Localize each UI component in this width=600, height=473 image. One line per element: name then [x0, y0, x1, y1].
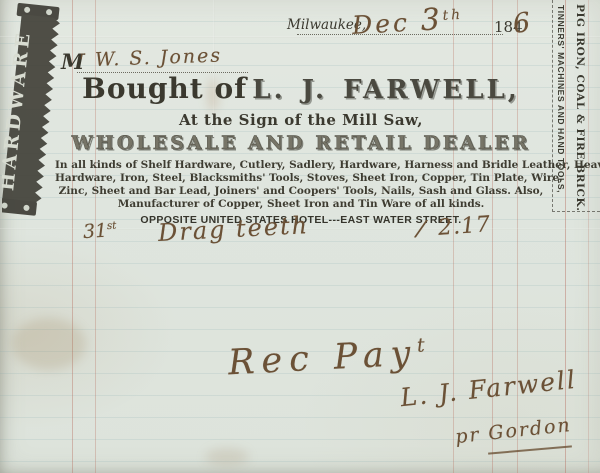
goods-line: Manufacturer of Copper, Sheet Iron and T…	[55, 198, 547, 211]
entry-day: 31st	[82, 219, 117, 243]
goods-line: In all kinds of Shelf Hardware, Cutlery,…	[55, 159, 547, 172]
side-column-line2: PIG IRON, COAL & FIRE BRICK.	[574, 4, 586, 211]
paper-crease	[0, 36, 600, 38]
goods-line: Zinc, Sheet and Bar Lead, Joiners' and C…	[55, 185, 547, 198]
dealer-line: WHOLESALE AND RETAIL DEALER	[55, 132, 547, 154]
signature-underline-flourish	[488, 445, 572, 454]
merchant-name: L. J. FARWELL,	[252, 75, 520, 105]
entry-amount: 2.17	[437, 212, 492, 241]
bought-of-label: Bought of	[82, 72, 247, 105]
handwritten-customer-name: r W. S. Jones	[80, 45, 223, 72]
billhead-document: HARDWARE TINNERS' MACHINES AND HAND TOOL…	[0, 0, 600, 473]
handwritten-year: 6	[511, 7, 531, 40]
per-signer-script: pr Gordon	[454, 414, 572, 448]
bought-of-line: Bought of L. J. FARWELL,	[55, 74, 547, 108]
masthead: Bought of L. J. FARWELL, At the Sign of …	[55, 74, 547, 226]
goods-paragraph: In all kinds of Shelf Hardware, Cutlery,…	[55, 159, 547, 211]
vertical-rule	[517, 0, 518, 473]
paper-stain	[12, 318, 86, 370]
paper-stain	[205, 448, 249, 466]
received-payment-script: Rec Payt	[227, 333, 433, 384]
goods-line: Hardware, Iron, Steel, Blacksmiths' Tool…	[55, 172, 547, 185]
sign-of-mill-saw-line: At the Sign of the Mill Saw,	[55, 111, 547, 129]
handwritten-date: Dec 3th	[351, 1, 464, 42]
